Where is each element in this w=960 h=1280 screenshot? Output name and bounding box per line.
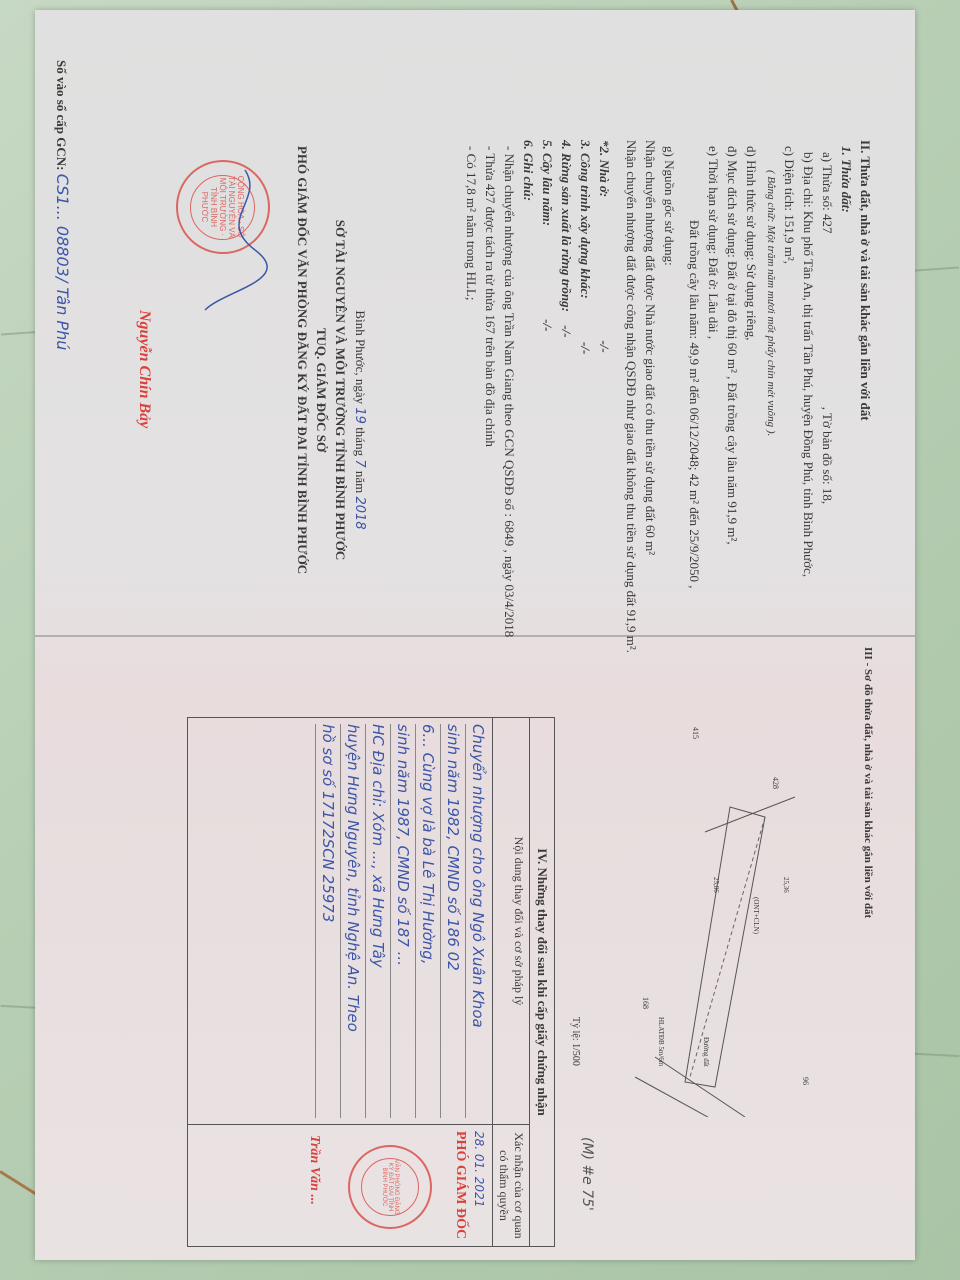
changes-table: IV. Những thay đổi sau khi cấp giấy chứn… xyxy=(187,717,555,1247)
house-label: *2. Nhà ở: xyxy=(597,140,612,197)
agency-name: SỞ TÀI NGUYÊN VÀ MÔI TRƯỜNG TỈNH BÌNH PH… xyxy=(331,150,350,630)
origin-line-2: Nhận chuyển nhượng đất được công nhận QS… xyxy=(622,140,641,653)
road-label: Đường đất xyxy=(696,1037,715,1067)
registry-label: Số vào sổ cấp GCN: xyxy=(54,60,69,171)
note-2: - Thửa 427 được tách ra từ thửa 167 trên… xyxy=(481,140,500,653)
margin-note: (M) #e 75' xyxy=(579,1137,595,1211)
use-form: d) Hình thức sử dụng: Sử dụng riêng, xyxy=(742,140,761,653)
issue-date: Bình Phước, ngày 19 tháng 7 năm 2018 xyxy=(350,150,370,630)
perennial-label: 5. Cây lâu năm: xyxy=(540,140,555,226)
map-sheet: , Tờ bản đồ số: 18, xyxy=(820,407,835,504)
parcel-label-428: 428 xyxy=(766,777,785,789)
signer-name: Nguyễn Chín Bảy xyxy=(135,310,153,428)
land-heading: 1. Thửa đất: xyxy=(837,140,856,653)
office-stamp: VĂN PHÒNG ĐĂNG KÝ ĐẤT ĐAI TỈNH BÌNH PHƯỚ… xyxy=(348,1145,432,1229)
land-use-certificate: II. Thửa đất, nhà ở và tài sản khác gắn … xyxy=(35,10,915,1260)
parcel-label-168: 168 xyxy=(636,997,655,1009)
dimension-top: 25,36 xyxy=(776,877,795,893)
hll-label: HLATĐB 5m/6m xyxy=(651,1017,670,1066)
use-term: e) Thời hạn sử dụng: Đất ở: Lâu dài , xyxy=(704,140,723,653)
scale-label: Tỷ lệ: 1/500 xyxy=(566,1017,585,1066)
note-1: - Nhận chuyển nhượng của ông Trần Nam Gi… xyxy=(500,140,519,653)
registry-value: CS1... 08803/ Tân Phú xyxy=(53,174,72,351)
other-works-value: -/- xyxy=(578,342,593,354)
forest-value: -/- xyxy=(559,325,574,337)
on-behalf: TUQ. GIÁM ĐỐC SỞ xyxy=(312,150,331,630)
origin-heading: g) Nguồn gốc sử dụng: xyxy=(660,140,679,653)
parcel-area-label: (ONT+CLN) xyxy=(746,897,765,934)
confirm-title: PHÓ GIÁM ĐỐC xyxy=(452,1131,468,1240)
house-value: -/- xyxy=(597,340,612,352)
area-in-words: ( Bằng chữ: Một trăm năm mươi mốt phẩy c… xyxy=(761,140,780,653)
col-content-header: Nội dung thay đổi và cơ sở pháp lý xyxy=(493,718,530,1125)
note-3: - Có 17,8 m² nằm trong HLL; xyxy=(462,140,481,653)
address: b) Địa chỉ: Khu phố Tân An, thị trấn Tân… xyxy=(799,140,818,653)
use-purpose: đ) Mục đích sử dụng: Đất ở tại đô thị 60… xyxy=(723,140,742,653)
certificate-left-page: II. Thửa đất, nhà ở và tài sản khác gắn … xyxy=(35,10,915,635)
perennial-value: -/- xyxy=(540,319,555,331)
certificate-right-page: III - Sơ đồ thửa đất, nhà ở và tài sản k… xyxy=(35,637,915,1260)
signer-title: PHÓ GIÁM ĐỐC VĂN PHÒNG ĐĂNG KÝ ĐẤT ĐAI T… xyxy=(293,90,312,630)
forest-label: 4. Rừng sản xuất là rừng trồng: xyxy=(559,140,574,312)
other-works-label: 3. Công trình xây dựng khác: xyxy=(578,140,593,299)
parcel-label-415: 415 xyxy=(686,727,705,739)
change-confirm-cell: 28. 01. 2021 PHÓ GIÁM ĐỐC VĂN PHÒNG ĐĂNG… xyxy=(188,1125,493,1247)
col-confirm-header: Xác nhận của cơ quan có thẩm quyền xyxy=(493,1125,530,1247)
dimension-bottom: 25,86 xyxy=(706,877,725,893)
section-iv-title: IV. Những thay đổi sau khi cấp giấy chứn… xyxy=(530,718,555,1247)
parcel-number: a) Thửa số: 427 xyxy=(820,152,835,234)
area: c) Diện tích: 151,9 m², xyxy=(780,140,799,653)
confirm-name: Trần Văn ... xyxy=(306,1135,322,1205)
section-iii-title: III - Sơ đồ thửa đất, nhà ở và tài sản k… xyxy=(858,647,877,918)
change-content-cell: Chuyển nhượng cho ông Ngô Xuân Khoa sinh… xyxy=(188,718,493,1125)
section-ii-title: II. Thửa đất, nhà ở và tài sản khác gắn … xyxy=(856,140,875,653)
origin-line-1: Nhận chuyển nhượng đất được Nhà nước gia… xyxy=(641,140,660,653)
notes-heading: 6. Ghi chú: xyxy=(519,140,538,653)
signature xyxy=(195,160,275,320)
confirm-date: 28. 01. 2021 xyxy=(472,1131,486,1240)
parcel-label-96: 96 xyxy=(796,1077,815,1085)
use-term-perennial: Đất trồng cây lâu năm: 49,9 m² đến 06/12… xyxy=(685,140,704,653)
